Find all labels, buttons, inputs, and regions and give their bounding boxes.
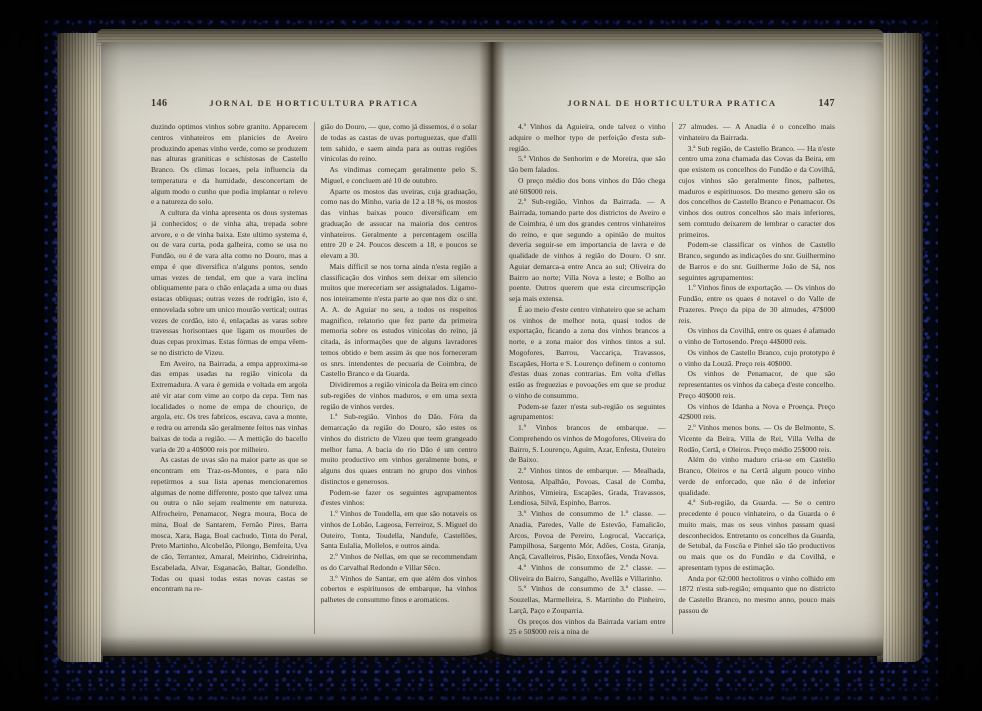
paragraph: As vindimas começam geralmente pelo S. M… (321, 165, 478, 187)
paragraph: 3.ª Sub região, de Castello Branco. — Ha… (679, 144, 836, 241)
paragraph: 4.º Vinhos de consummo de 2.ª classe. — … (509, 563, 666, 585)
page-147: JORNAL DE HORTICULTURA PRATICA 147 4.ª V… (491, 42, 883, 656)
paragraph: Aparte os mostos das uveiras, cuja gradu… (321, 187, 478, 262)
paragraph: 2.ª Sub-região, Vinhos da Bairrada. — A … (509, 197, 666, 305)
text-column-right: 27 almudes. — A Anadia é o concelho mais… (672, 122, 836, 634)
paragraph: Os vinhos de Castello Branco, cujo proto… (679, 348, 836, 370)
paragraph: 1.º Vinhos de Toudella, em que são notav… (321, 509, 478, 552)
paragraph: 2.º Vinhos de Nellas, em que se recommen… (321, 552, 478, 574)
page-edges-right (877, 33, 923, 662)
page-block: 146 JORNAL DE HORTICULTURA PRATICA duzin… (57, 29, 923, 656)
text-column-left: duzindo optimos vinhos sobre granito. Ap… (151, 122, 308, 634)
paragraph: A cultura da vinha apresenta os dous sys… (151, 208, 308, 359)
open-spread: 146 JORNAL DE HORTICULTURA PRATICA duzin… (101, 42, 883, 656)
paragraph: 5.º Vinhos de consummo de 3.ª classe. — … (509, 584, 666, 616)
text-columns: 4.ª Vinhos da Aguieira, onde talvez o vi… (509, 122, 835, 634)
paragraph: Os vinhos da Covilhã, entre os quaes é a… (679, 326, 836, 348)
paragraph: 27 almudes. — A Anadia é o concelho mais… (679, 122, 836, 144)
paragraph: É ao meio d'este centro vinhateiro que s… (509, 305, 666, 402)
paragraph: Os vinhos de Penamacor, de que são repre… (679, 369, 836, 401)
paragraph: Dividiremos a região vinicola da Beira e… (321, 380, 478, 412)
paragraph: Os preços dos vinhos da Bairrada variam … (509, 617, 666, 635)
page-header: JORNAL DE HORTICULTURA PRATICA 147 (509, 98, 835, 113)
paragraph: gião do Douro, — que, como já dissemos, … (321, 122, 478, 165)
paragraph: 4.ª Vinhos da Aguieira, onde talvez o vi… (509, 122, 666, 154)
paragraph: Podem-se fazer os seguintes agrupamentos… (321, 488, 478, 510)
paragraph: As castas de uvas são na maior parte as … (151, 455, 308, 595)
paragraph: duzindo optimos vinhos sobre granito. Ap… (151, 122, 308, 208)
paragraph: 2.º Vinhos menos bons. — Os de Belmonte,… (679, 423, 836, 455)
text-columns: duzindo optimos vinhos sobre granito. Ap… (151, 122, 477, 634)
journal-title: JORNAL DE HORTICULTURA PRATICA (509, 98, 835, 108)
paragraph: Mais difficil se nos torna ainda n'esta … (321, 262, 478, 380)
paragraph: Os vinhos de Idanha a Nova e Proença. Pr… (679, 402, 836, 424)
paragraph: 1.ª Sub-região. Vinhos do Dão. Fóra da d… (321, 412, 478, 487)
book-cover: 146 JORNAL DE HORTICULTURA PRATICA duzin… (44, 18, 938, 706)
paragraph: Podem-se classificar os vinhos de Castel… (679, 240, 836, 283)
paragraph: 2.º Vinhos tintos de embarque. — Mealhad… (509, 466, 666, 509)
paragraph: 3.º Vinhos de consummo de 1.ª classe. — … (509, 509, 666, 563)
paragraph: Além do vinho maduro cria-se em Castello… (679, 455, 836, 498)
paragraph: 1.º Vinhos finos de exportação. — Os vin… (679, 283, 836, 326)
paragraph: 5.ª Vinhos de Senhorim e de Moreira, que… (509, 154, 666, 176)
paragraph: Anda por 62:000 hectolitros o vinho colh… (679, 574, 836, 617)
page-header: 146 JORNAL DE HORTICULTURA PRATICA (151, 98, 477, 113)
paragraph: Em Aveiro, na Bairrada, a empa approxima… (151, 359, 308, 456)
text-column-right: gião do Douro, — que, como já dissemos, … (314, 122, 478, 634)
text-column-left: 4.ª Vinhos da Aguieira, onde talvez o vi… (509, 122, 666, 634)
page-146: 146 JORNAL DE HORTICULTURA PRATICA duzin… (101, 42, 491, 656)
journal-title: JORNAL DE HORTICULTURA PRATICA (151, 98, 477, 108)
page-edges-left (57, 33, 103, 662)
paragraph: 4.ª Sub-região, da Guarda. — Se o centro… (679, 498, 836, 573)
paragraph: 3.º Vinhos de Santar, em que além dos vi… (321, 574, 478, 606)
paragraph: 1.º Vinhos brancos de embarque. — Compre… (509, 423, 666, 466)
paragraph: Podem-se fazer n'esta sub-região os segu… (509, 402, 666, 424)
paragraph: O preço médio dos bons vinhos do Dão che… (509, 176, 666, 198)
